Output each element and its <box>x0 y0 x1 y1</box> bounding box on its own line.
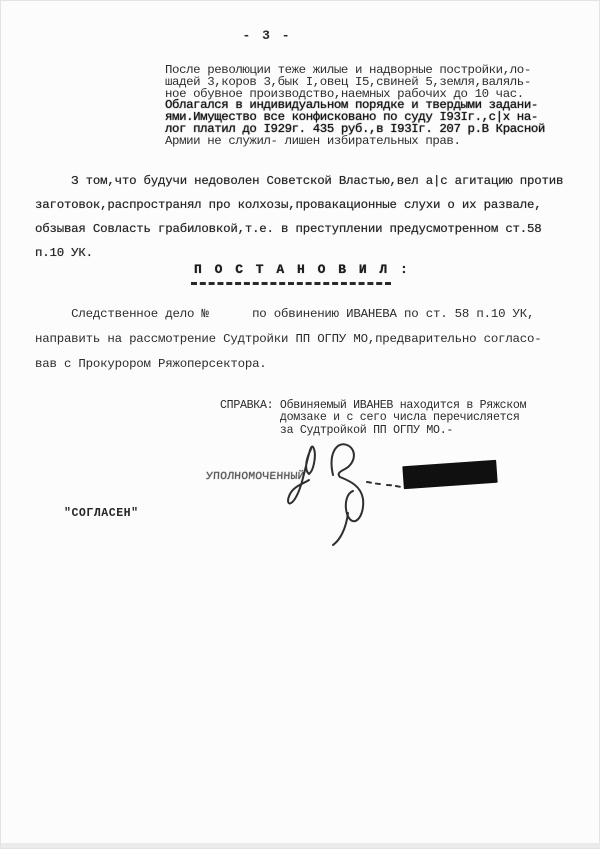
text-line: заготовок,распространял про колхозы,пров… <box>35 193 587 217</box>
agreement-stamp-text: "СОГЛАСЕН" <box>64 507 139 520</box>
paragraph-resolution: Следственное дело № по обвинению ИВАНЕВА… <box>35 302 587 377</box>
scanned-document-page: - 3 - После революции теже жилые и надво… <box>0 0 600 849</box>
text-line: направить на рассмотрение Судтройки ПП О… <box>35 327 587 352</box>
handwritten-signature <box>249 437 419 547</box>
paragraph-property-history: После революции теже жилые и надворные п… <box>165 65 585 148</box>
text-line: обзывая Совласть грабиловкой,т.е. в прес… <box>35 217 587 241</box>
text-line: Армии не служил- лишен избирательных пра… <box>165 136 585 148</box>
text-line: Следственное дело № по обвинению ИВАНЕВА… <box>35 302 587 327</box>
text-line: вав с Прокурором Ряжоперсектора. <box>35 352 587 377</box>
reference-note: СПРАВКА: Обвиняемый ИВАНЕВ находится в Р… <box>220 400 580 437</box>
page-number: - 3 - <box>227 28 307 43</box>
text-line: домзаке и с сего числа перечисляется <box>220 412 580 424</box>
paragraph-accusation: З том,что будучи недоволен Советской Вла… <box>35 169 587 265</box>
resolution-heading: П О С Т А Н О В И Л : <box>194 262 410 277</box>
text-line: за Судтройкой ПП ОГПУ МО.- <box>220 425 580 437</box>
text-line: З том,что будучи недоволен Советской Вла… <box>35 169 587 193</box>
scan-edge-artifact <box>1 843 600 848</box>
heading-underline <box>191 282 391 285</box>
